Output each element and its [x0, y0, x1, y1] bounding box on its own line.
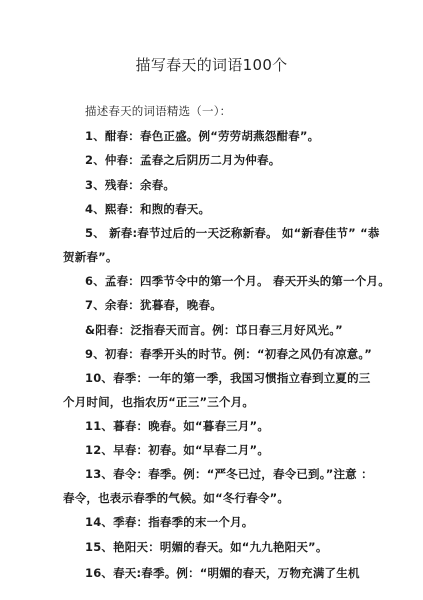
list-item-continuation: 个月时间，也指农历“正三”三个月。 — [63, 394, 254, 410]
list-item: 11、暮春：晚春。如“暮春三月”。 — [85, 418, 269, 434]
list-item: 4、熙春：和煦的春天。 — [85, 201, 210, 217]
document-title: 描写春天的词语100个 — [0, 54, 423, 75]
list-item: 1、酣春：春色正盛。例“劳劳胡燕怨酣春”。 — [85, 128, 319, 144]
list-item: 10、春季：一年的第一季，我国习惯指立春到立夏的三 — [85, 370, 371, 386]
list-item-continuation: 春令，也表示春季的气候。如“冬行春令”。 — [63, 490, 289, 506]
list-item: 5、 新春:春节过后的一天泛称新春。 如“新春佳节” “恭 — [85, 225, 380, 241]
list-item: 14、季春：指春季的末一个月。 — [85, 514, 254, 530]
list-item: 3、残春：余春。 — [85, 177, 175, 193]
list-item: &阳春：泛指春天而言。例：邙日春三月好风光。” — [85, 322, 343, 338]
list-item: 6、孟春：四季节令中的第一个月。 春天开头的第一个月。 — [85, 273, 390, 289]
list-item: 12、早春：初春。如“早春二月”。 — [85, 442, 269, 458]
list-item-continuation: 贺新春”。 — [63, 249, 118, 265]
list-item: 2、仲春：孟春之后阴历二月为仲春。 — [85, 152, 280, 168]
list-item: 9、初春：春季开头的时节。例：“初春之风仍有凉意。” — [85, 346, 372, 362]
document-page: 描写春天的词语100个 描述春天的词语精选（一）： 1、酣春：春色正盛。例“劳劳… — [0, 0, 423, 600]
section-heading: 描述春天的词语精选（一）： — [85, 103, 231, 119]
list-item: 15、艳阳天：明媚的春天。如“九九艳阳天”。 — [85, 539, 328, 555]
list-item: 16、春天:春季。例：“明媚的春天，万物充满了生机 — [85, 565, 360, 581]
list-item: 7、余春：犹暮春，晚春。 — [85, 297, 222, 313]
list-item: 13、春令：春季。例：“严冬已过，春令已到。”注意 ： — [85, 466, 373, 482]
